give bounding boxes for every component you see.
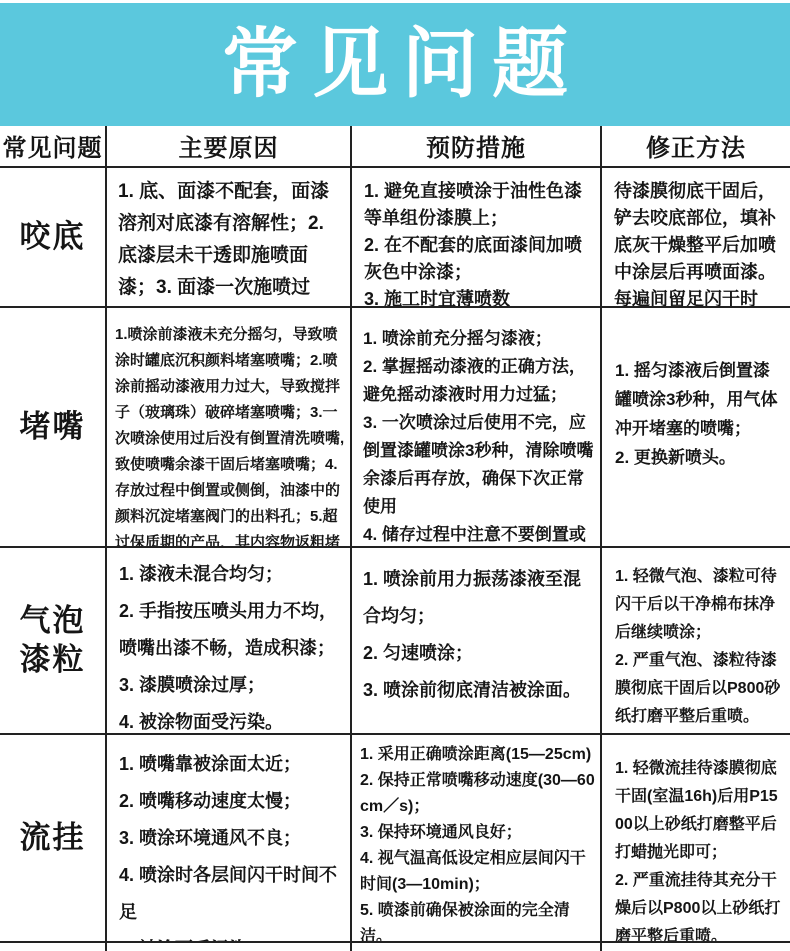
faq-table: 常见问题 主要原因 预防措施 修正方法 咬底 1. 底、面漆不配套，面漆溶剂对底…	[0, 126, 790, 951]
fix-cell: 1. 摇匀漆液后倒置漆罐喷涂3秒种，用气体冲开堵塞的喷嘴； 2. 更换新喷头。	[600, 308, 790, 546]
cause-cell: 1. 漆液未混合均匀； 2. 手指按压喷头用力不均，喷嘴出漆不畅，造成积漆； 3…	[105, 548, 350, 733]
table-row-clipped	[0, 943, 790, 951]
prevention-cell: 1. 避免直接喷涂于油性色漆等单组份漆膜上； 2. 在不配套的底面漆间加喷灰色中…	[350, 168, 600, 306]
fix-cell: 1. 轻微气泡、漆粒可待闪干后以干净棉布抹净后继续喷涂； 2. 严重气泡、漆粒待…	[600, 548, 790, 733]
header-cell-problem: 常见问题	[0, 126, 105, 166]
problem-label: 流挂	[0, 735, 105, 941]
page-title: 常见问题	[208, 27, 582, 103]
table-row: 咬底 1. 底、面漆不配套，面漆溶剂对底漆有溶解性；2. 底漆层未干透即施喷面漆…	[0, 168, 790, 308]
cause-cell: 1. 喷嘴靠被涂面太近； 2. 喷嘴移动速度太慢； 3. 喷涂环境通风不良； 4…	[105, 735, 350, 941]
header-cell-cause: 主要原因	[105, 126, 350, 166]
page-banner: 常见问题	[0, 3, 790, 126]
table-row: 气泡 漆粒 1. 漆液未混合均匀； 2. 手指按压喷头用力不均，喷嘴出漆不畅，造…	[0, 548, 790, 735]
problem-label: 咬底	[0, 168, 105, 306]
problem-label	[0, 943, 105, 951]
fix-cell: 待漆膜彻底干固后，铲去咬底部位，填补底灰干燥整平后加喷中涂层后再喷面漆。每遍间留…	[600, 168, 790, 306]
table-row: 堵嘴 1.喷涂前漆液未充分摇匀，导致喷涂时罐底沉积颜料堵塞喷嘴；2.喷涂前摇动漆…	[0, 308, 790, 548]
header-cell-prevention: 预防措施	[350, 126, 600, 166]
prevention-cell	[350, 943, 600, 951]
page: 常见问题 常见问题 主要原因 预防措施 修正方法 咬底 1. 底、面漆不配套，面…	[0, 3, 790, 951]
table-header-row: 常见问题 主要原因 预防措施 修正方法	[0, 126, 790, 168]
problem-label: 气泡 漆粒	[0, 548, 105, 733]
problem-label: 堵嘴	[0, 308, 105, 546]
prevention-cell: 1. 采用正确喷涂距离(15—25cm)2. 保持正常喷嘴移动速度(30—60c…	[350, 735, 600, 941]
prevention-cell: 1. 喷涂前用力振荡漆液至混合均匀； 2. 匀速喷涂； 3. 喷涂前彻底清洁被涂…	[350, 548, 600, 733]
cause-cell: 1. 底、面漆不配套，面漆溶剂对底漆有溶解性；2. 底漆层未干透即施喷面漆；3.…	[105, 168, 350, 306]
header-cell-fix: 修正方法	[600, 126, 790, 166]
fix-cell: 1. 轻微流挂待漆膜彻底干固(室温16h)后用P1500以上砂纸打磨整平后打蜡抛…	[600, 735, 790, 941]
prevention-cell: 1. 喷涂前充分摇匀漆液； 2. 掌握摇动漆液的正确方法，避免摇动漆液时用力过猛…	[350, 308, 600, 546]
cause-cell	[105, 943, 350, 951]
table-row: 流挂 1. 喷嘴靠被涂面太近； 2. 喷嘴移动速度太慢； 3. 喷涂环境通风不良…	[0, 735, 790, 943]
cause-cell: 1.喷涂前漆液未充分摇匀，导致喷涂时罐底沉积颜料堵塞喷嘴；2.喷涂前摇动漆液用力…	[105, 308, 350, 546]
fix-cell	[600, 943, 790, 951]
